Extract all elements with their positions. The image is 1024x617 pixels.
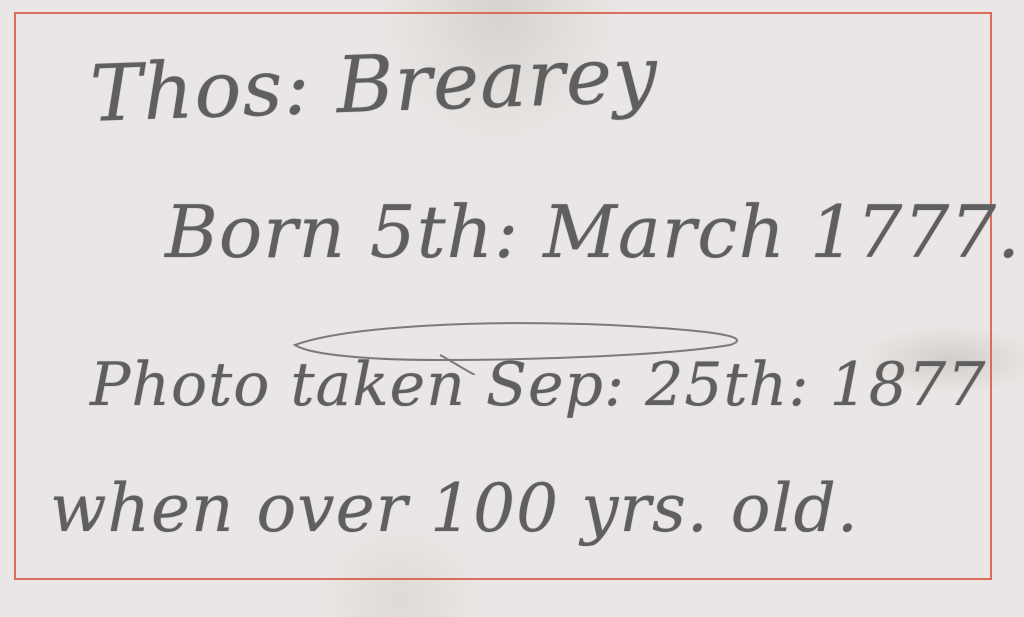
photo-taken-line: Photo taken Sep: 25th: 1877 — [90, 350, 986, 420]
age-line: when over 100 yrs. old. — [50, 470, 859, 547]
handwritten-card: Thos: Brearey Born 5th: March 1777. Phot… — [0, 0, 1024, 617]
born-line: Born 5th: March 1777. — [165, 190, 1021, 274]
